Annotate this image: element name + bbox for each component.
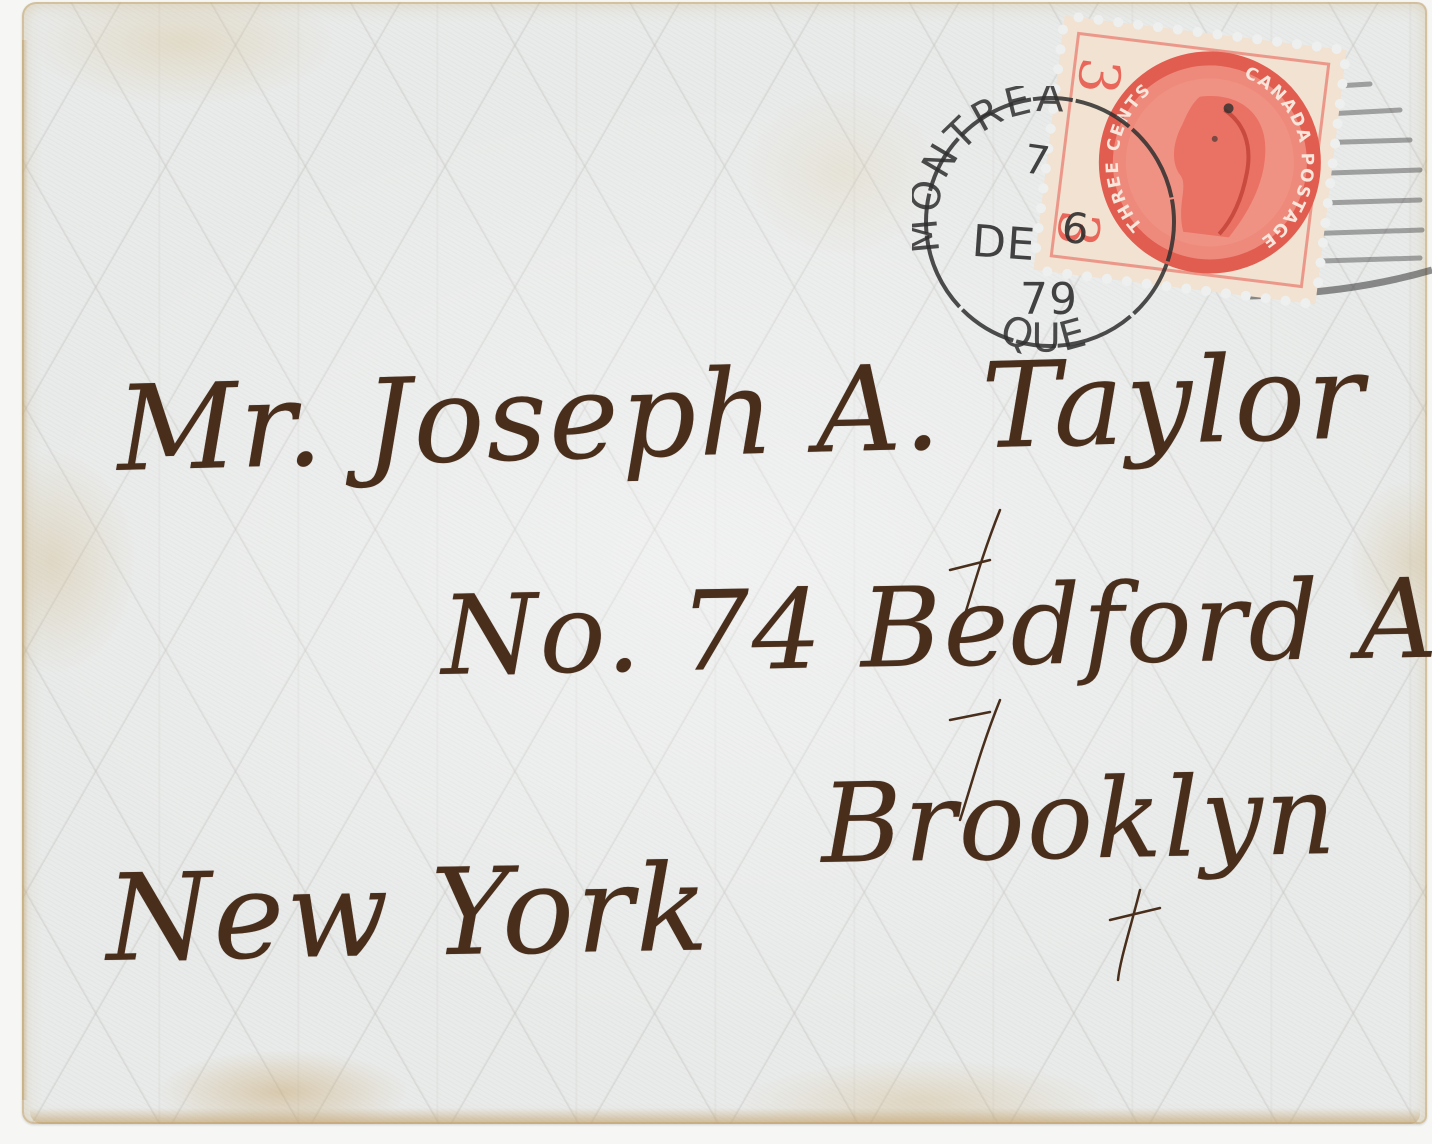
envelope-left-edge-stain (22, 40, 28, 1100)
postmark-date-block: 7 DE 6 79 (912, 86, 1182, 362)
flourish-icon (1100, 880, 1180, 990)
postmark-hour: 7 (1021, 136, 1054, 185)
address-city: Brooklyn (820, 751, 1339, 888)
address-street: No. 74 Bedford Ave. (440, 552, 1432, 700)
flourish-icon (940, 500, 1020, 640)
flourish-icon (940, 690, 1020, 830)
postmark-month: DE (970, 216, 1037, 271)
envelope-bottom-edge-stain (30, 1108, 1420, 1124)
address-state: New York (105, 839, 711, 989)
scanned-envelope: 3 3 CANADA POSTAGE THREE CENTS MONTREAL … (0, 0, 1432, 1144)
postmark-day: 6 (1060, 203, 1093, 255)
postmark-year: 79 (1020, 274, 1078, 325)
